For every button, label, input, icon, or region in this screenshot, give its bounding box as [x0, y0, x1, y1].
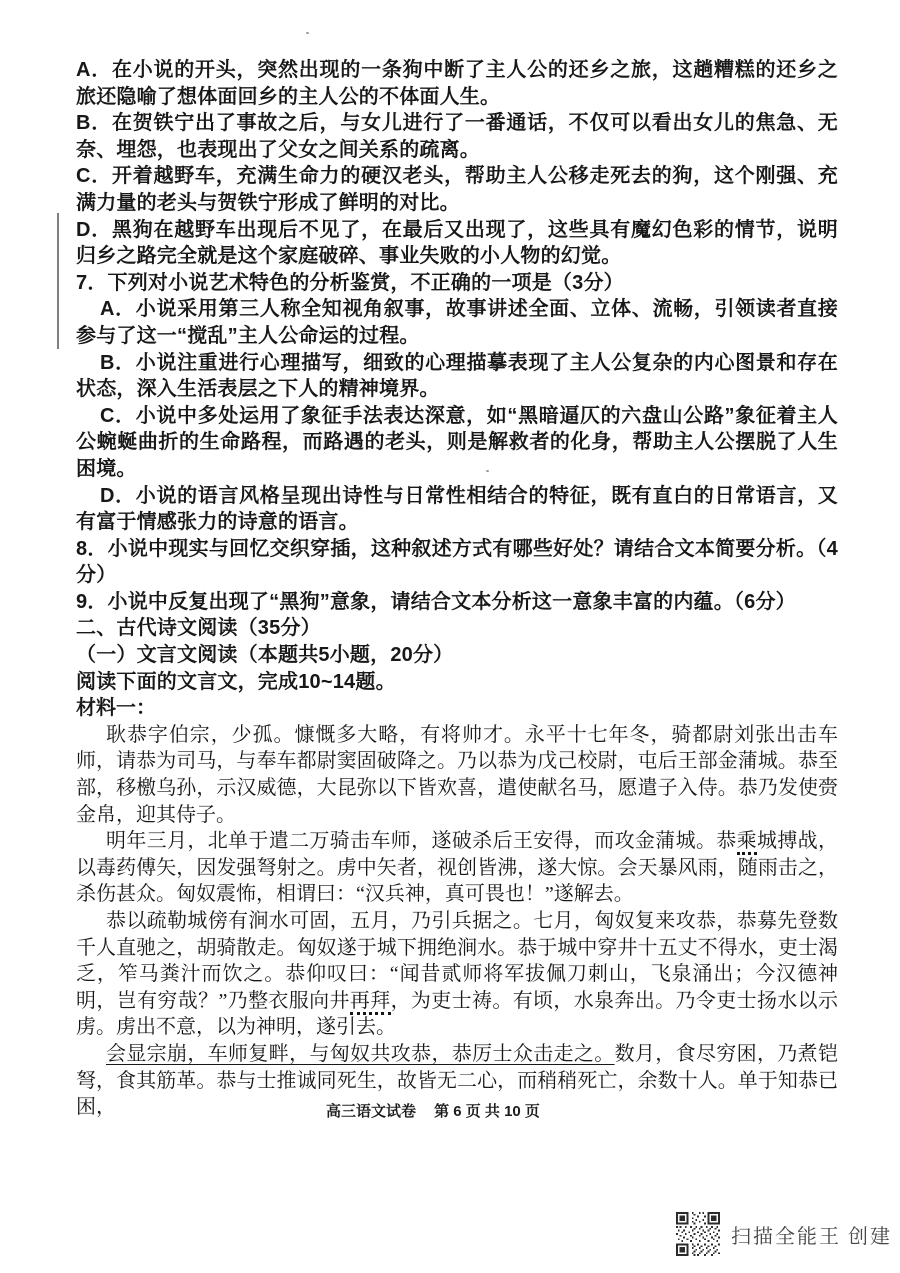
qr-code-icon [676, 1212, 720, 1256]
question6-option-b: B．在贺铁宁出了事故之后，与女儿进行了一番通话，不仅可以看出女儿的焦急、无奈、埋… [76, 110, 838, 163]
passage-paragraph-3: 恭以疏勒城傍有涧水可固，五月，乃引兵据之。七月，匈奴复来攻恭，恭募先登数千人直驰… [76, 908, 838, 1041]
emphasis-dotted-word: 乘 [737, 830, 757, 855]
question9-stem: 9．小说中反复出现了“黑狗”意象，请结合文本分析这一意象丰富的内蕴。（6分） [76, 589, 838, 616]
underlined-sentence: 会显宗崩，车师复畔，与匈奴共攻恭，恭厉士众击走之。 [106, 1043, 615, 1065]
question6-option-c: C．开着越野车，充满生命力的硬汉老头，帮助主人公移走死去的狗，这个刚强、充满力量… [76, 163, 838, 216]
watermark-text: 扫描全能王 创建 [731, 1220, 892, 1249]
footer-page-info: 第 6 页 共 10 页 [434, 1103, 540, 1120]
question8-stem: 8．小说中现实与回忆交织穿插，这种叙述方式有哪些好处？请结合文本简要分析。（4分… [76, 536, 838, 589]
section2-subheading: （一）文言文阅读（本题共5小题，20分） [76, 642, 838, 669]
section2-heading: 二、古代诗文阅读（35分） [76, 615, 838, 642]
page-footer: 高三语文试卷第 6 页 共 10 页 [0, 1100, 866, 1121]
passage-paragraph-2: 明年三月，北单于遣二万骑击车师，遂破杀后王安得，而攻金蒲城。恭乘城搏战，以毒药傅… [76, 828, 838, 908]
passage-paragraph-1: 耿恭字伯宗，少孤。慷慨多大略，有将帅才。永平十七年冬，骑都尉刘张出击车师，请恭为… [76, 722, 838, 828]
reading-instruction: 阅读下面的文言文，完成10~14题。 [76, 669, 838, 696]
camscanner-watermark: 扫描全能王 创建 [676, 1212, 892, 1256]
passage-text: 明年三月，北单于遣二万骑击车师，遂破杀后王安得，而攻金蒲城。恭 [106, 830, 737, 852]
footer-doc-title: 高三语文试卷 [326, 1103, 416, 1120]
scan-artifact-line [57, 213, 59, 349]
material-one-label: 材料一： [76, 695, 838, 722]
question6-option-a: A．在小说的开头，突然出现的一条狗中断了主人公的还乡之旅，这趟糟糕的还乡之旅还隐… [76, 57, 838, 110]
emphasis-dotted-word: 再拜 [350, 990, 391, 1015]
scan-speck [306, 32, 309, 34]
exam-page-content: A．在小说的开头，突然出现的一条狗中断了主人公的还乡之旅，这趟糟糕的还乡之旅还隐… [76, 57, 838, 1121]
question6-option-d: D．黑狗在越野车出现后不见了，在最后又出现了，这些具有魔幻色彩的情节，说明归乡之… [76, 217, 838, 270]
question7-stem: 7．下列对小说艺术特色的分析鉴赏，不正确的一项是（3分） [76, 270, 838, 297]
question7-option-d: D．小说的语言风格呈现出诗性与日常性相结合的特征，既有直白的日常语言，又有富于情… [76, 483, 838, 536]
question7-option-c: C．小说中多处运用了象征手法表达深意，如“黑暗逼仄的六盘山公路”象征着主人公蜿蜒… [76, 403, 838, 483]
question7-option-a: A．小说采用第三人称全知视角叙事，故事讲述全面、立体、流畅，引领读者直接参与了这… [76, 296, 838, 349]
question7-option-b: B．小说注重进行心理描写，细致的心理描摹表现了主人公复杂的内心图景和存在状态，深… [76, 350, 838, 403]
